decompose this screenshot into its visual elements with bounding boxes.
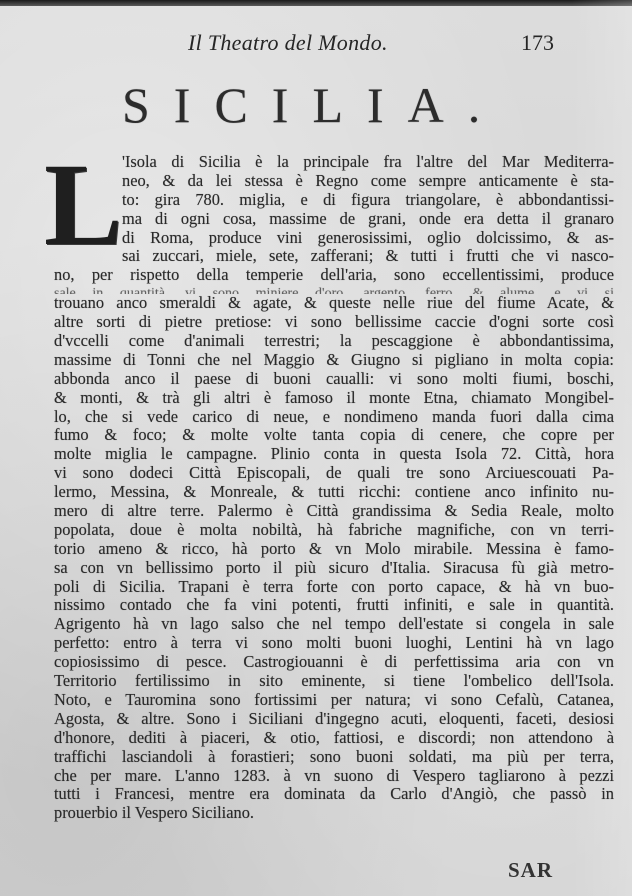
text-line: vi sono dodeci Città Episcopali, de qual… bbox=[54, 464, 614, 483]
text-line: che per mare. L'anno 1283. à vn suono di… bbox=[54, 767, 614, 786]
text-line: ma di ogni cosa, massime de grani, onde … bbox=[54, 210, 614, 229]
running-head: Il Theatro del Mondo. 173 bbox=[188, 30, 588, 60]
text-line: d'vccelli come d'animali terrestri; la p… bbox=[54, 332, 614, 351]
text-line: & monti, & trà gli altri è famoso il mon… bbox=[54, 389, 614, 408]
text-line-last: prouerbio il Vespero Siciliano. bbox=[54, 804, 614, 823]
text-line: lermo, Messina, & Monreale, & tutti ricc… bbox=[54, 483, 614, 502]
text-line: d'honore, dediti à piaceri, & otio, fatt… bbox=[54, 729, 614, 748]
text-line: sai zuccari, miele, sete, zafferani; & t… bbox=[54, 247, 614, 266]
chapter-title: SICILIA. bbox=[122, 76, 542, 134]
text-line: nissimo contado che fa vini potenti, fru… bbox=[54, 596, 614, 615]
text-line: copiosissimo di pesce. Castrogiouanni è … bbox=[54, 653, 614, 672]
text-line: poli di Sicilia. Trapani è terra forte c… bbox=[54, 578, 614, 597]
text-line: tutti i Francesi, mentre era dominata da… bbox=[54, 785, 614, 804]
text-line: traffichi lasciandoli à forastieri; sono… bbox=[54, 748, 614, 767]
body-text: 'Isola di Sicilia è la principale fra l'… bbox=[54, 153, 614, 823]
text-line: massime di Tonni che nel Maggio & Giugno… bbox=[54, 351, 614, 370]
text-line: fumo & foco; & molte volte tanta copia d… bbox=[54, 426, 614, 445]
running-title: Il Theatro del Mondo. bbox=[188, 30, 388, 56]
text-line: mero di altre terre. Palermo è Città gra… bbox=[54, 502, 614, 521]
text-line: di Roma, produce vini generosissimi, ogl… bbox=[54, 229, 614, 248]
text-line: Agrigento hà vn lago salso che nel tempo… bbox=[54, 615, 614, 634]
text-line: sa con vn bellissimo porto il più sicuro… bbox=[54, 559, 614, 578]
text-line: abbonda anco il paese di buoni caualli: … bbox=[54, 370, 614, 389]
text-line: Noto, e Tauromina sono fortissimi per na… bbox=[54, 691, 614, 710]
text-line: neo, & da lei stessa è Regno come sempre… bbox=[54, 172, 614, 191]
text-line: no, per rispetto della temperie dell'ari… bbox=[54, 266, 614, 285]
text-line: perfetto: entro à terra vi sono molti bu… bbox=[54, 634, 614, 653]
text-line: 'Isola di Sicilia è la principale fra l'… bbox=[54, 153, 614, 172]
text-line: torio ameno & ricco, hà porto & vn Molo … bbox=[54, 540, 614, 559]
page-number: 173 bbox=[521, 30, 554, 56]
text-line: lo, che si vede carico di neue, e nondim… bbox=[54, 408, 614, 427]
page-top-edge bbox=[0, 0, 632, 6]
text-line: molte miglia le campagne. Plinio conta i… bbox=[54, 445, 614, 464]
book-page: Il Theatro del Mondo. 173 SICILIA. L 'Is… bbox=[0, 0, 632, 896]
text-line: trouano anco smeraldi & agate, & queste … bbox=[54, 294, 614, 313]
text-line: Territorio fertilissimo in sito eminente… bbox=[54, 672, 614, 691]
text-line: popolata, doue è molta nobiltà, hà fabri… bbox=[54, 521, 614, 540]
text-line: to: gira 780. miglia, e di figura triang… bbox=[54, 191, 614, 210]
catchword: SAR bbox=[508, 858, 553, 883]
text-line: Agosta, & altre. Sono i Siciliani d'inge… bbox=[54, 710, 614, 729]
text-line: altre sorti di pietre pretiose: vi sono … bbox=[54, 313, 614, 332]
